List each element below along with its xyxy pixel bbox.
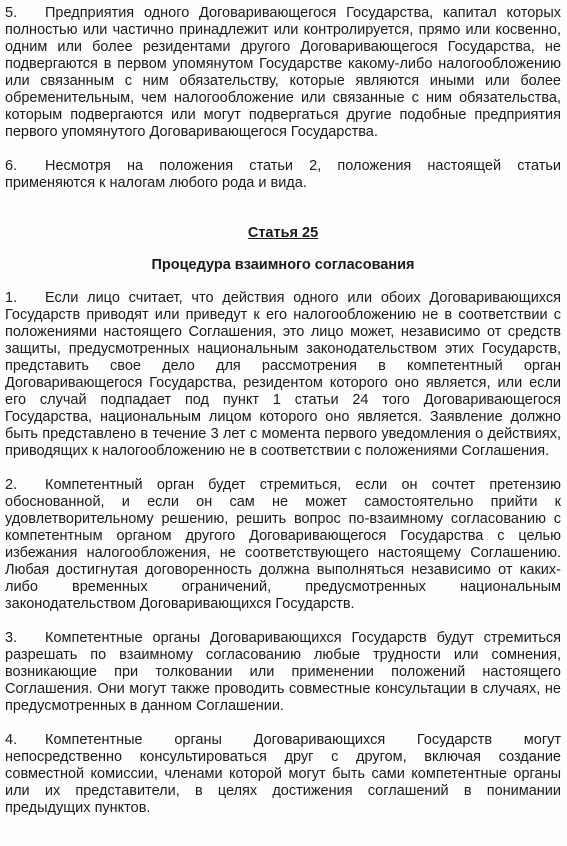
paragraph-text: Несмотря на положения статьи 2, положени… — [5, 158, 561, 191]
paragraph-2: 2.Компетентный орган будет стремиться, е… — [5, 477, 561, 613]
paragraph-text: Компетентные органы Договаривающихся Гос… — [5, 630, 561, 714]
paragraph-text: Компетентный орган будет стремиться, есл… — [5, 477, 561, 612]
paragraph-text: Предприятия одного Договаривающегося Гос… — [5, 5, 561, 140]
paragraph-text: Если лицо считает, что действия одного и… — [5, 290, 561, 459]
paragraph-1: 1.Если лицо считает, что действия одного… — [5, 290, 561, 460]
article-heading-text: Статья 25 — [248, 225, 318, 241]
paragraph-number: 6. — [5, 158, 45, 175]
paragraph-5: 5.Предприятия одного Договаривающегося Г… — [5, 5, 561, 141]
paragraph-3: 3.Компетентные органы Договаривающихся Г… — [5, 630, 561, 715]
document-page: 5.Предприятия одного Договаривающегося Г… — [0, 0, 567, 846]
article-subheading: Процедура взаимного согласования — [5, 257, 561, 274]
paragraph-number: 3. — [5, 630, 45, 647]
paragraph-number: 1. — [5, 290, 45, 307]
article-heading: Статья 25 — [5, 225, 561, 242]
paragraph-number: 4. — [5, 732, 45, 749]
paragraph-text: Компетентные органы Договаривающихся Гос… — [5, 732, 561, 816]
paragraph-6: 6.Несмотря на положения статьи 2, положе… — [5, 158, 561, 192]
paragraph-number: 5. — [5, 5, 45, 22]
paragraph-number: 2. — [5, 477, 45, 494]
paragraph-4: 4.Компетентные органы Договаривающихся Г… — [5, 732, 561, 817]
